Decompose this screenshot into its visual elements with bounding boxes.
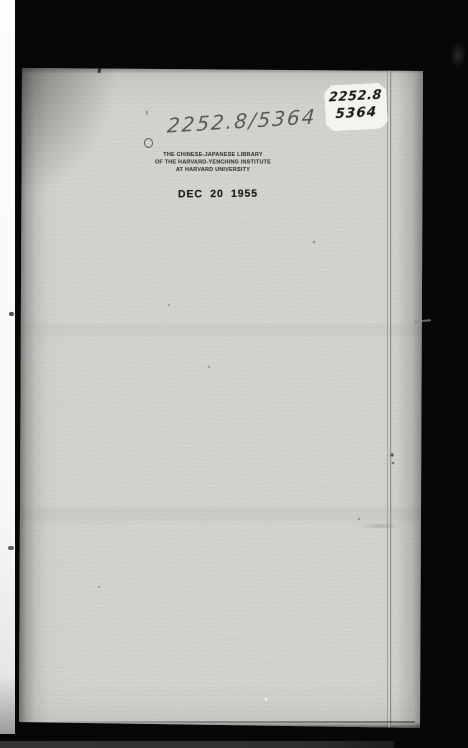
pencil-call-number: 2252.8/5364 (166, 104, 317, 137)
bottom-crease-line (59, 721, 415, 723)
scanned-book-photocopy: ' 2252.8/5364 THE CHINESE-JAPANESE LIBRA… (0, 0, 468, 748)
scanner-edge-strip (0, 0, 15, 734)
fold-crease-line (387, 67, 393, 728)
book-flyleaf-page: ' 2252.8/5364 THE CHINESE-JAPANESE LIBRA… (19, 67, 423, 728)
strip-speck (9, 312, 14, 316)
library-stamp-line-2: OF THE HARVARD-YENCHING INSTITUTE (153, 159, 273, 167)
library-stamp-line-3: AT HARVARD UNIVERSITY (153, 166, 273, 174)
scratch-mark (414, 319, 431, 323)
date-stamp: DEC 20 1955 (178, 188, 258, 201)
top-edge-shadow (19, 67, 423, 74)
library-stamp: THE CHINESE-JAPANESE LIBRARY OF THE HARV… (153, 151, 273, 174)
pencil-tick-mark: ' (145, 109, 149, 125)
label-call-number-item: 5364 (325, 103, 388, 122)
top-left-corner-shadow (19, 67, 119, 197)
pencil-circle-mark (143, 137, 154, 149)
crease-smudge (357, 523, 403, 529)
scanner-bottom-shadow-bar (0, 741, 394, 748)
scanner-smudge (450, 42, 466, 68)
strip-speck (8, 546, 14, 550)
right-edge-shadow (397, 67, 423, 728)
library-stamp-line-1: THE CHINESE-JAPANESE LIBRARY (153, 151, 273, 159)
call-number-label: 2252.8 5364 (324, 82, 388, 131)
